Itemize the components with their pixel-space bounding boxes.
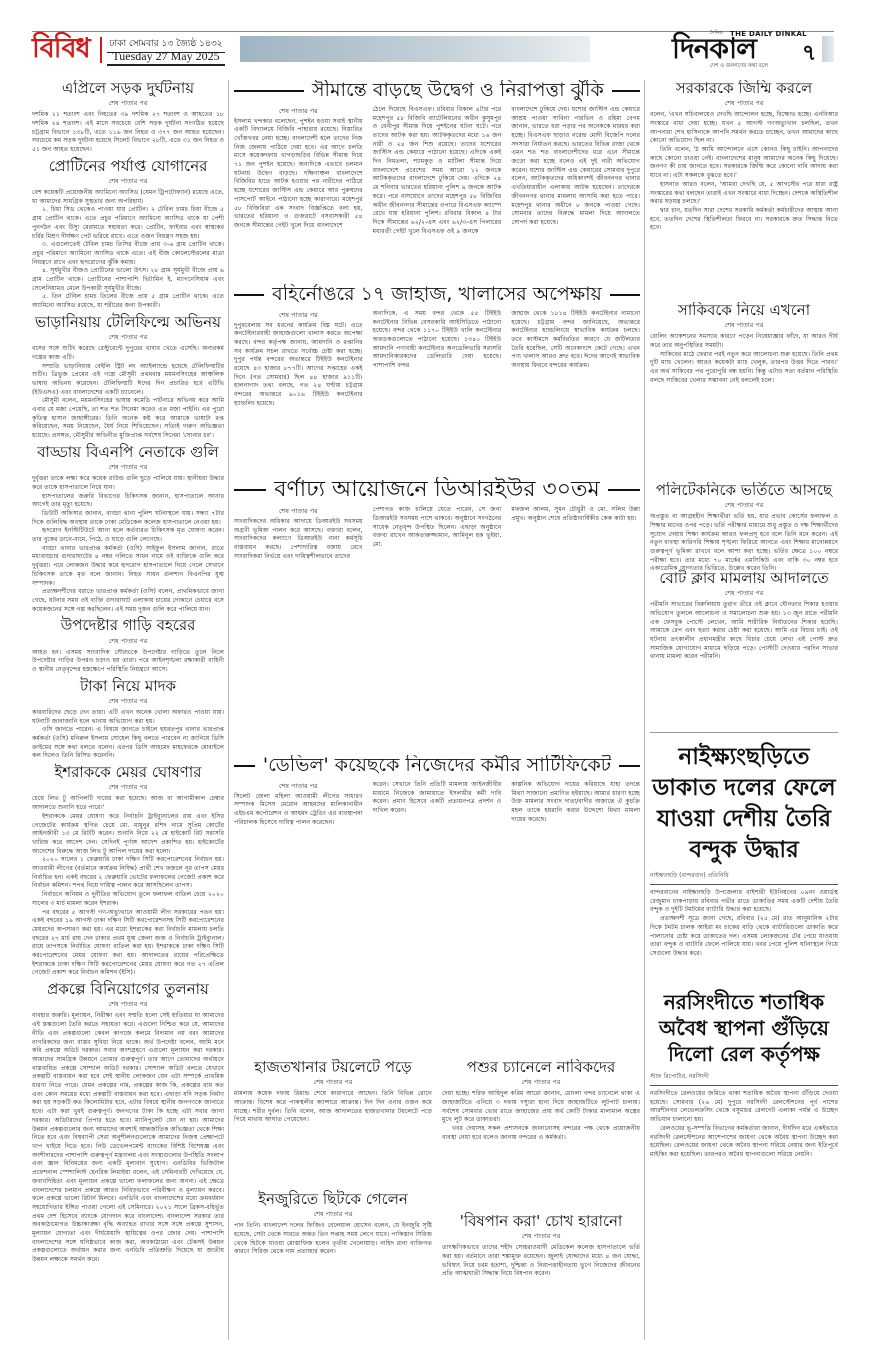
paragraph: ব্যবহার জরুরি। মূল্যায়ন, নিরীক্ষা এবং স… [32, 1012, 224, 1264]
article-bnp-leader: বাড্ডায় বিএনপি নেতাকে গুলি শেষ পাতার পর… [32, 444, 224, 615]
center-column: সীমান্তে বাড়ছে উদ্বেগ ও নিরাপত্তা ঝুঁকি… [234, 80, 640, 1352]
article-boat-club: বোট ক্লাব মামলায় আদালতে শেষ পাতার পর পর… [650, 570, 838, 730]
continued-label: শেষ পাতার পর [234, 107, 363, 116]
paragraph: অন্যদিকে, এ সময় বন্দর থেকে ৫৫ টিইইউ কনট… [373, 310, 502, 371]
continued-label: শেষ পাতার পর [234, 507, 363, 516]
continued-label: শেষ পাতার পর [32, 332, 224, 343]
paragraph: নির্বাচনে অনিয়ম ও দুর্নীতির অভিযোগ তুলে… [32, 891, 224, 908]
continued-label: শেষ পাতার পর [32, 176, 224, 187]
headline: ইনজুরিতে ছিটকে গেলেন [234, 1191, 432, 1208]
headline-rule [234, 489, 266, 491]
headline: বাড্ডায় বিএনপি নেতাকে গুলি [32, 444, 224, 461]
continued-label: শেষ পাতার পর [442, 1231, 640, 1242]
article-naikhongchhari: নাইক্ষ্যংছড়িতে ডাকাত দলের ফেলে যাওয়া দ… [650, 742, 838, 957]
logo-bangla-name: দিনকাল [672, 35, 756, 63]
paragraph: কাল্পনিক অভিযোগ দায়ের করিয়াছে যাহা তদন… [511, 781, 640, 825]
continued-label: শেষ পাতার পর [32, 999, 224, 1010]
paragraph: মৌসুমী বলেন, ময়মনসিংহের ভাষায় কমেডি পা… [32, 397, 224, 441]
headline-rule [612, 90, 640, 92]
paragraph: ৩. এগুলোতেই টেবিল চামচ তিসির বীজে প্রায়… [32, 241, 224, 267]
headline: হাজতখানার টয়লেটে পড়ে [234, 1059, 432, 1076]
paragraph: পান তিনি। বাংলাদেশ দলের ফিজিও বেলেয়াল হ… [234, 1222, 432, 1257]
headline: পলিটেকনিকে ভর্তিতে আসছে [650, 482, 838, 499]
headline: বোট ক্লাব মামলায় আদালতে [650, 570, 838, 587]
headline-rule [234, 294, 264, 296]
headline-rule [234, 90, 304, 92]
paragraph: দশমিক ১১ শতাংশ এবং নিহতের ৩৯ দশমিক ২৭ শত… [32, 111, 224, 155]
paragraph: জাহাজ থেকে ১৮১৪ টিইইউ কনটেইনার নামানো হয… [511, 310, 640, 371]
continued-label: শেষ পাতার পর [650, 320, 838, 331]
paragraph: প্রত্যক্ষদর্শী সূত্রে জানা গেছে, রবিবার … [650, 915, 838, 957]
paragraph: বাংলাদেশে ঢুকিয়ে দেয়। যশোর জাস্টিস এন্… [511, 106, 640, 228]
article-custody: হাজতখানার টয়লেটে পড়ে শেষ পাতার পর মামল… [234, 1059, 432, 1187]
section-logo: বিবিধ [32, 34, 90, 64]
right-column: সরকারকে জিম্মি করলে শেষ পাতার পর বলেন, '… [650, 80, 838, 1352]
paragraph: হাসনাত আরও বলেন, 'আমরা দেখছি যে, ৫ আগস্ট… [650, 181, 838, 207]
continued-label: শেষ পাতার পর [32, 696, 224, 707]
article-ishraque: ইশরাককে মেয়র ঘোষণার শেষ পাতার পর চেয়ে … [32, 764, 224, 978]
paragraph: দ্বার চান, যতদিন সারা দেশের সরকারি কর্মক… [650, 207, 838, 233]
paragraph: বসের সঙ্গে শুটিং করেছে রেস্টুরেন্টে দুপু… [32, 345, 224, 362]
logo-tagline: দেশ ও জনগণের কথা বলে [710, 63, 768, 71]
header-end-band [822, 36, 834, 62]
article-sailors: পশুর চ্যানেলে নাবিকদের শেষ পাতার পর দেয়… [442, 1059, 640, 1209]
continued-label: শেষ পাতার পর [442, 1077, 640, 1088]
newspaper-logo: দৈনিক THE DAILY DINKAL দিনকাল দেশ ও জনগণ… [672, 30, 832, 72]
paragraph: বলেন, 'এখন সচিবালয়েও দেখছি আন্দোলন হচ্ছ… [650, 111, 838, 146]
continued-label: শেষ পাতার পর [234, 311, 363, 320]
paragraph: বেশ কয়েকটি প্রয়োজনীয় অ্যামিনো অ্যাসিড… [32, 189, 224, 206]
article-poison: 'বিষপান করা' চোখ হারানো শেষ পাতার পর তাৎ… [442, 1213, 640, 1279]
headline-rule [610, 294, 640, 296]
paragraph: সাংবাদিকদের অধিকার আদায়ে ডিআরইউ সবসময় … [234, 518, 363, 562]
paragraph: বাড্ডা থানার ভারপ্রাপ্ত কর্মকর্তা (ওসি) … [32, 545, 224, 589]
headline: বর্ণাঢ্য আয়োজনে ডিআরইউর ৩০তম [274, 477, 600, 502]
headline-rule [619, 765, 640, 767]
paragraph: অপ্রস্তুত বা আগ্রহহীন শিক্ষার্থীরা ভর্তি… [650, 513, 838, 570]
left-column: এপ্রিলে সড়ক দুর্ঘটনায় শেষ পাতার পর দশম… [32, 80, 224, 1352]
article-hostage: সরকারকে জিম্মি করলে শেষ পাতার পর বলেন, '… [650, 80, 838, 302]
paragraph: করেন। সেখানে তিনি প্রতিটি মামলায় আইনজীব… [373, 781, 502, 816]
paragraph: খবর দেয়াসহ সকল প্রশাসনকে জানানোসহ বন্দর… [442, 1125, 640, 1142]
headline-rule [234, 765, 255, 767]
paragraph: পরীমনি সাভারের বিরুলিয়ায় তুরাগ তীরে ওই… [650, 601, 838, 662]
continued-label: শেষ পাতার পর [650, 588, 838, 599]
headline: ভাড়ানিয়ায় টেলিফিল্মে অভিনয় [32, 314, 224, 331]
article-drugs: টাকা নিয়ে মাদক শেষ পাতার পর কারবারিদের … [32, 678, 224, 761]
section-divider [650, 732, 838, 733]
headline: ইশরাককে মেয়র ঘোষণার [32, 764, 224, 781]
article-road-accident: এপ্রিলে সড়ক দুর্ঘটনায় শেষ পাতার পর দশম… [32, 80, 224, 155]
paragraph: সম্প্রতি ভাড়ানিয়ায় বেইলি স্ট্রিট লং অ… [32, 363, 224, 398]
byline: স্টাফ রিপোর্টার, নরসিংদী [650, 1071, 838, 1082]
paragraph: রেলওয়ের ভূ-সম্পত্তি বিভাগের কর্মকর্তারা… [650, 1125, 838, 1160]
article-polytechnic: পলিটেকনিকে ভর্তিতে আসছে শেষ পাতার পর অপ্… [650, 482, 838, 570]
continued-label: শেষ পাতার পর [234, 1077, 432, 1088]
paragraph: সাকিবের মাঠে ফেরার পরই নতুন করে আলোচনা শ… [650, 351, 838, 386]
headline: নাইক্ষ্যংছড়িতে ডাকাত দলের ফেলে যাওয়া দ… [650, 742, 838, 866]
headline: প্রকল্পে বিনিয়োগের তুলনায় [32, 981, 224, 998]
headline: সাকিবকে নিয়ে এখনো [650, 302, 838, 319]
paragraph: ২. চিয়া সিড থেকেও পাওয়া যায় প্রোটিন। … [32, 206, 224, 241]
paragraph: নরসিংদীতে রেলওয়ের জমিতে থাকা শতাধিক অবৈ… [650, 1090, 838, 1125]
paragraph: দুপুরবেলায় সব ধরনের কার্যক্রম বিঘ্ন ঘটে… [234, 322, 363, 409]
paragraph: পেশাগত কাজ চালিয়ে যেতে পারেন, সে জন্য ড… [373, 506, 502, 550]
article-diu: বর্ণাঢ্য আয়োজনে ডিআরইউর ৩০তম শেষ পাতার … [234, 477, 640, 747]
article-narsingdi: নরসিংদীতে শতাধিক অবৈধ স্থাপনা গুঁড়িয়ে … [650, 989, 838, 1160]
article-adviser-car: উপদেষ্টার গাড়ি বহরের শেষ পাতার পর আহত হ… [32, 617, 224, 674]
headline: সরকারকে জিম্মি করলে [650, 80, 838, 97]
section-masthead: বিবিধ ঢাকা সোমবার ১৩ জ্যৈষ্ঠ ১৪৩২ Tuesda… [32, 34, 242, 66]
header-gradient-band [240, 36, 590, 62]
column-divider-left [228, 80, 229, 1340]
headline: নরসিংদীতে শতাধিক অবৈধ স্থাপনা গুঁড়িয়ে … [650, 989, 838, 1067]
paragraph: ইসলাম খন্দকার বলেছেন, পুশইন হওয়া সবাই স… [234, 118, 363, 231]
byline: নাইক্ষ্যংছড়ি (বান্দরবান) প্রতিনিধি [650, 870, 838, 881]
paragraph: বোলিং অ্যাকশনের সমস্যার কারণে পড়েন নিষে… [650, 333, 838, 350]
headline: টাকা নিয়ে মাদক [32, 678, 224, 695]
paragraph: ডিউটি অফিসার জানান, বাড্ডা থানা পুলিশ ঘট… [32, 510, 224, 527]
paragraph: চেয়ে লিভ টু আপিলটি দায়ের করা হয়েছে। আ… [32, 795, 224, 812]
paragraph: তিনি বলেন, 'ঠ আমি আন্দোলনে এসে কোনও কিছু… [650, 146, 838, 181]
paragraph: কারবারিদের ছেড়ে দেন তারা। এটি এখন অনেক … [32, 709, 224, 726]
article-protein: প্রোটিনের পর্যাপ্ত যোগানের শেষ পাতার পর … [32, 158, 224, 311]
headline: প্রোটিনের পর্যাপ্ত যোগানের [32, 158, 224, 175]
paragraph: হৃদরোগ ইনস্টিটিউটে আনা হলে কর্তব্যরত চিক… [32, 527, 224, 544]
headline-rule [608, 489, 640, 491]
column-divider-right [644, 80, 645, 1340]
paragraph: মফজল আলম, সুমন চৌধুরী ও মো. সলিম উল্লা প… [511, 506, 640, 523]
paragraph: ২০২০ সালের ১ ফেব্রুয়ারি ঢাকা দক্ষিণ সিট… [32, 856, 224, 891]
paragraph: পর বছরের ৫ আগস্ট গণ-অভ্যুত্থানে আওয়ামী … [32, 909, 224, 979]
continued-label: শেষ পাতার পর [234, 782, 363, 791]
paragraph: ইশরাককে মেয়র ঘোষণা করে নির্বাচনি ট্রাইব… [32, 813, 224, 857]
article-telefilm: ভাড়ানিয়ায় টেলিফিল্মে অভিনয় শেষ পাতার… [32, 314, 224, 441]
date-english: Tuesday 27 May 2025 [107, 49, 225, 66]
headline: উপদেষ্টার গাড়ি বহরের [32, 617, 224, 634]
continued-label: শেষ পাতার পর [234, 1209, 432, 1220]
continued-label: শেষ পাতার পর [32, 636, 224, 647]
headline: সীমান্তে বাড়ছে উদ্বেগ ও নিরাপত্তা ঝুঁকি [312, 80, 604, 102]
paragraph: ৫. তিন টেবিল চামচ তিলের বীজে প্রায় ৫ গ্… [32, 293, 224, 310]
byline-rule [650, 884, 838, 885]
article-devil: 'ডেভিল' কয়েছকে নিজেদের কর্মীর সার্টিফিক… [234, 755, 640, 1045]
continued-label: শেষ পাতার পর [32, 98, 224, 109]
article-border: সীমান্তে বাড়ছে উদ্বেগ ও নিরাপত্তা ঝুঁকি… [234, 80, 640, 272]
article-injury: ইনজুরিতে ছিটকে গেলেন শেষ পাতার পর পান তি… [234, 1191, 432, 1257]
headline: এপ্রিলে সড়ক দুর্ঘটনায় [32, 80, 224, 97]
paragraph: বান্দরবানের নাইক্ষ্যংছড়ি উপজেলার বাইশার… [650, 889, 838, 915]
logo-divider [100, 37, 102, 63]
article-project-investment: প্রকল্পে বিনিয়োগের তুলনায় শেষ পাতার পর… [32, 981, 224, 1265]
paragraph: দুর্বৃত্তরা তাকে লক্ষ্য করে কয়েক রাউন্ড… [32, 475, 224, 492]
article-ships: বহির্নোঙরে ১৭ জাহাজ, খালাসের অপেক্ষায় শ… [234, 284, 640, 469]
continued-label: শেষ পাতার পর [650, 500, 838, 511]
paragraph: ওসি জানতে পারেন। এ বিষয়ে জানতে চাইলে হয… [32, 726, 224, 761]
paragraph: আহত হন। এসময় সাংবাদিক সৌরভকে উপদেষ্টার … [32, 649, 224, 675]
page-number: ৭ [802, 36, 816, 73]
paragraph: প্রত্যক্ষদর্শীদের বরাতে ভারপ্রাপ্ত কর্মক… [32, 588, 224, 614]
continued-label: শেষ পাতার পর [32, 462, 224, 473]
paragraph: দেয়া হচ্ছে। শরিফ আহিদুল করিম আরো জানান,… [442, 1090, 640, 1125]
continued-label: শেষ পাতার পর [32, 782, 224, 793]
paragraph: তাৎক্ষণিকভাবে তাদের শহীদ সোহরাওয়ার্দী ম… [442, 1244, 640, 1279]
headline: 'ডেভিল' কয়েছকে নিজেদের কর্মীর সার্টিফিক… [263, 755, 611, 777]
paragraph: মামলায় কয়েক দফায় রিমান্ড শেষে কারাগার… [234, 1090, 432, 1125]
headline: 'বিষপান করা' চোখ হারানো [442, 1213, 640, 1230]
headline: পশুর চ্যানেলে নাবিকদের [442, 1059, 640, 1076]
byline-rule [650, 1085, 838, 1086]
paragraph: ঠেলে দিয়েছে বিএসএফ। রবিবার বিকাল ৪টার প… [373, 106, 502, 237]
headline: বহির্নোঙরে ১৭ জাহাজ, খালাসের অপেক্ষায় [272, 284, 602, 306]
paragraph: সিলেট জেলা মহিলা আওয়ামী লীগের সাধারণ সম… [234, 793, 363, 828]
article-sakib: সাকিবকে নিয়ে এখনো শেষ পাতার পর বোলিং অ্… [650, 302, 838, 482]
paragraph: হাসপাতালের জরুরি বিভাগের চিকিৎসক জানান, … [32, 493, 224, 510]
paragraph: ৪. সূর্যমুখীর বীজও প্রোটিনের ভালো উৎস। ২… [32, 267, 224, 293]
continued-label: শেষ পাতার পর [650, 98, 838, 109]
